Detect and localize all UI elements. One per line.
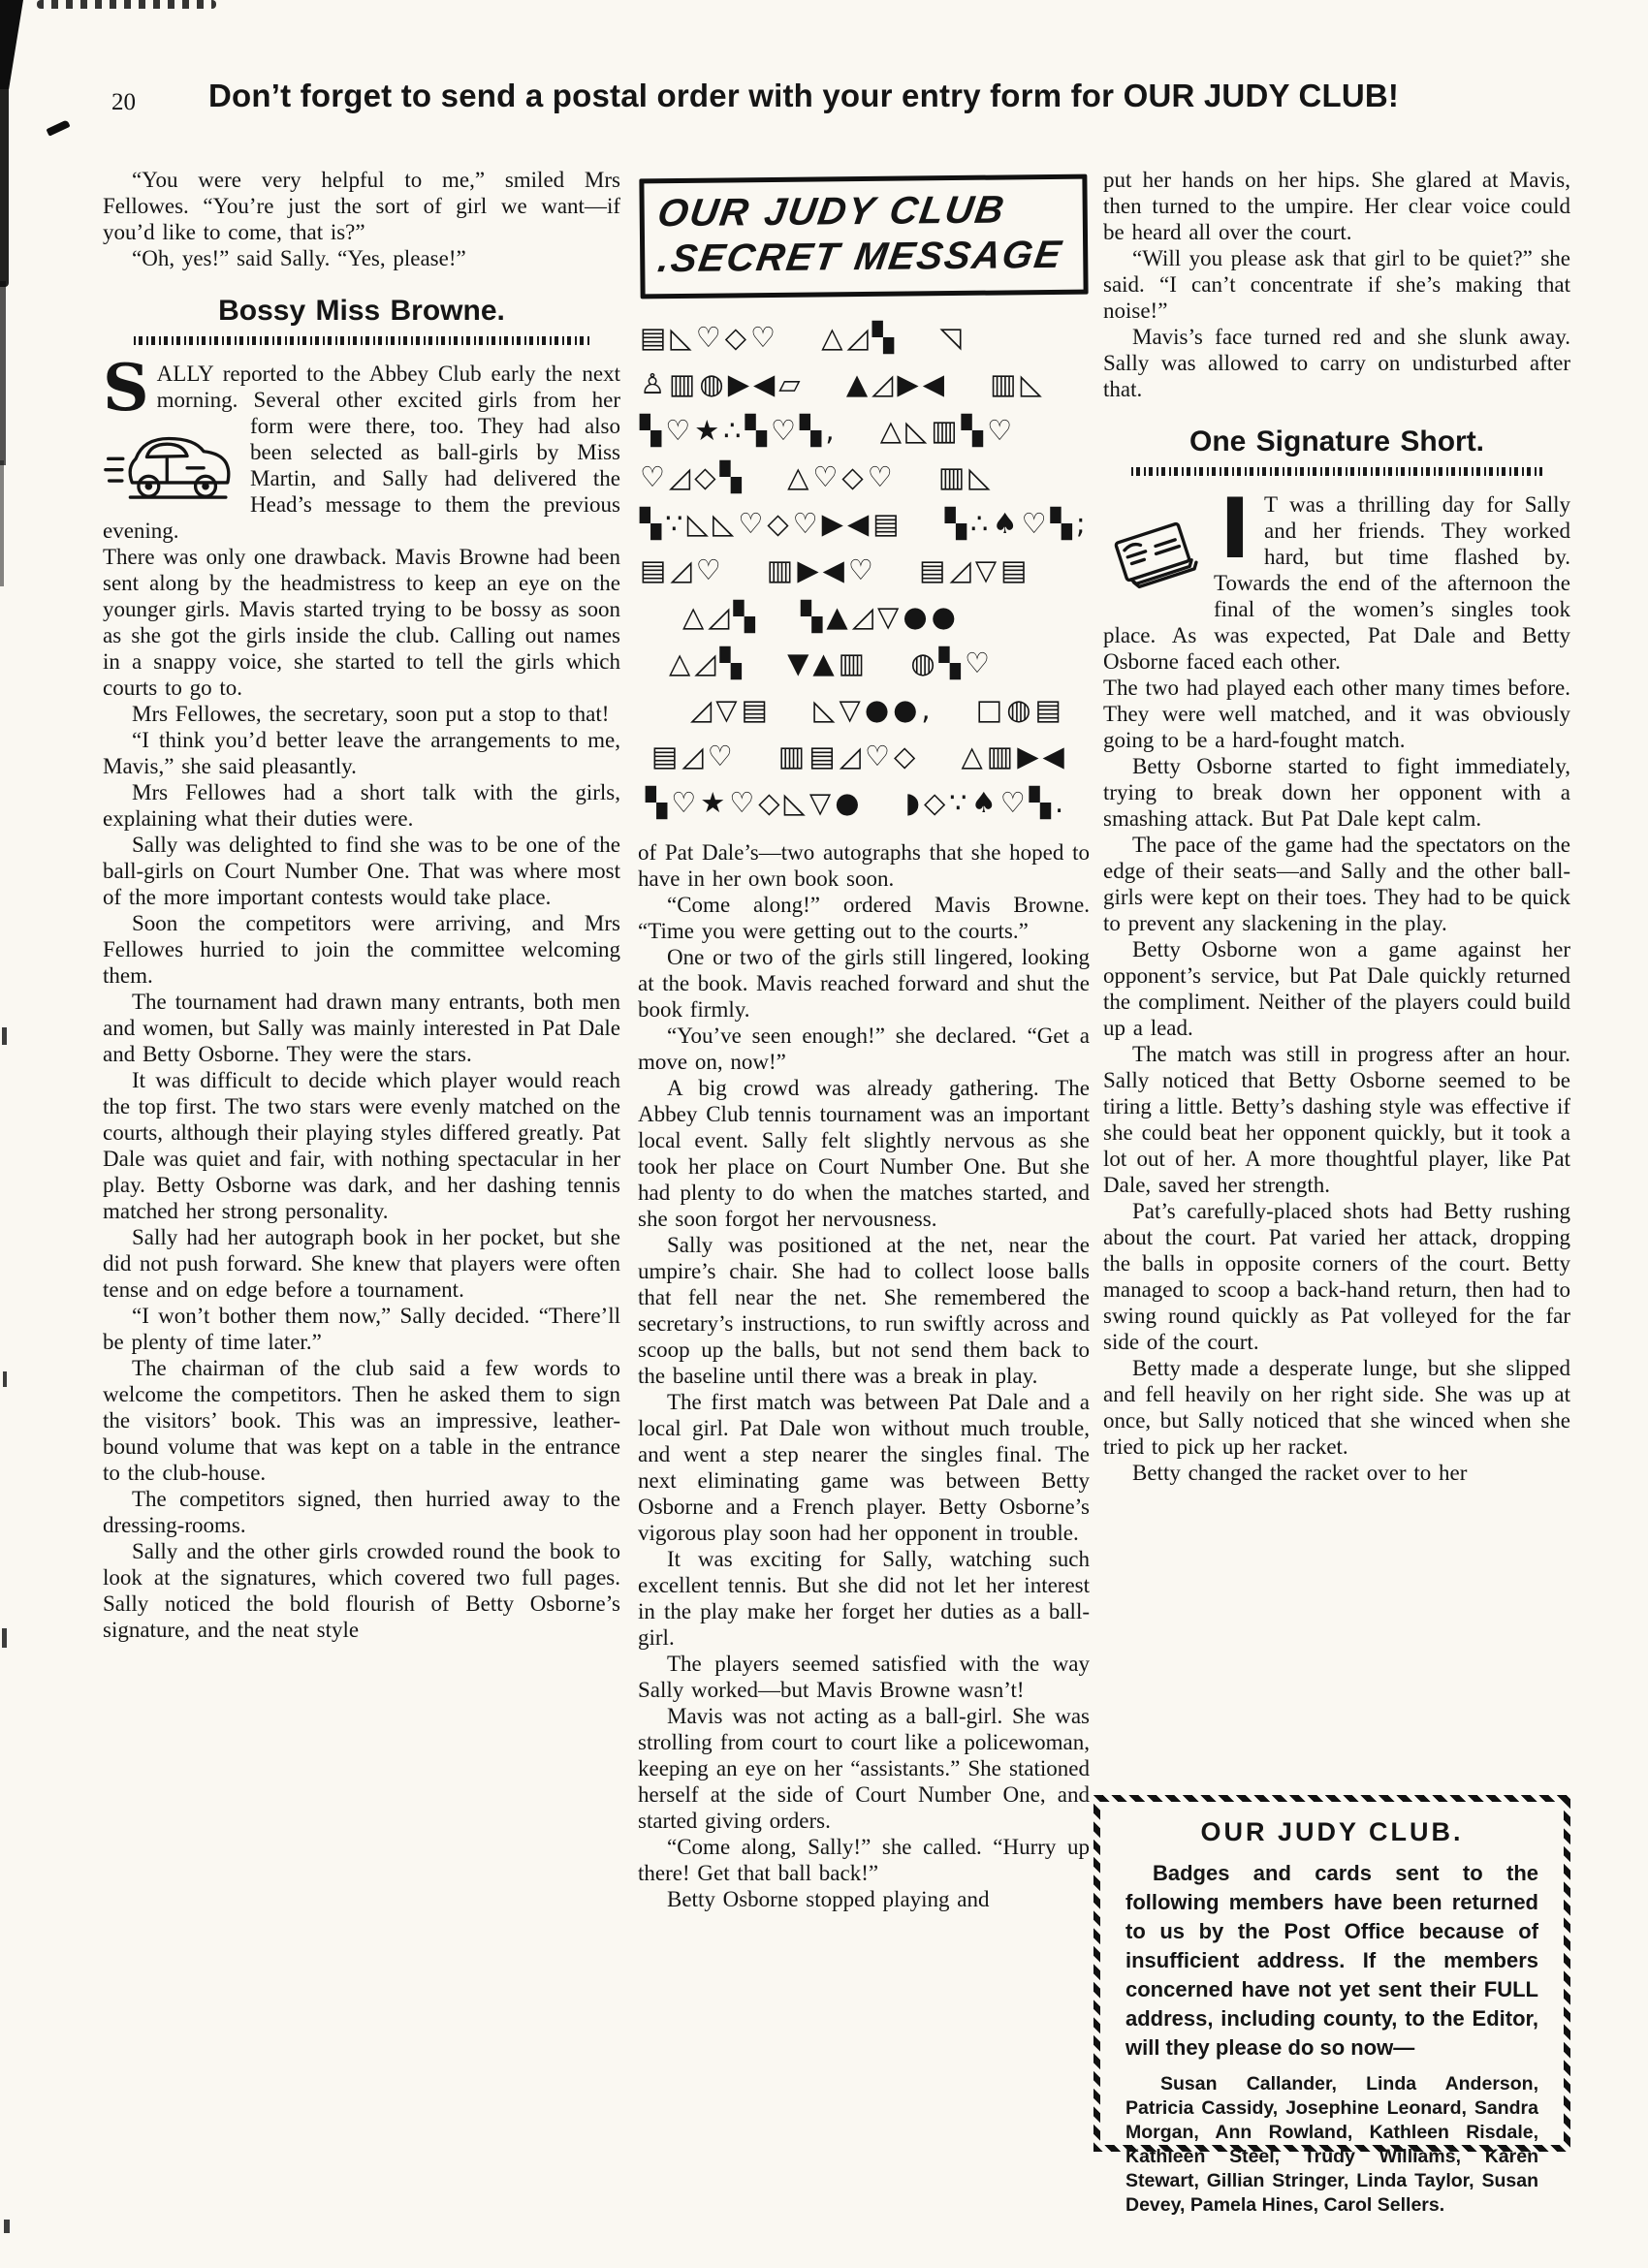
cipher-row: ▚♡★∴▚♡▚, △◺▥▚♡ bbox=[640, 407, 1090, 454]
car-illustration bbox=[103, 421, 240, 508]
paragraph: The competitors signed, then hurried awa… bbox=[103, 1486, 620, 1538]
scan-artifact-mark bbox=[4, 2220, 10, 2233]
paragraph: There was only one drawback. Mavis Brown… bbox=[103, 544, 620, 701]
cipher-row: ▚∵◺◺♡◇♡▶◀▤ ▚∴♠♡▚; bbox=[640, 500, 1090, 547]
paragraph-with-dropcap: I T was a thrilling day for Sally and he… bbox=[1103, 491, 1570, 675]
paragraph: Mrs Fellowes, the secretary, soon put a … bbox=[103, 701, 620, 727]
paragraph: Sally was delighted to find she was to b… bbox=[103, 832, 620, 910]
club-notice-title: OUR JUDY CLUB. bbox=[1125, 1817, 1538, 1847]
paragraph: The two had played each other many times… bbox=[1103, 675, 1570, 753]
cipher-message: ▤◺♡◇♡ △◿▚ ◹♙▥◍▶◀▱ ▲◿▶◀ ▥◺▚♡★∴▚♡▚, △◺▥▚♡♡… bbox=[640, 314, 1090, 826]
paragraph: Sally and the other girls crowded round … bbox=[103, 1538, 620, 1643]
right-column: put her hands on her hips. She glared at… bbox=[1103, 167, 1570, 1780]
left-paragraphs: There was only one drawback. Mavis Brown… bbox=[103, 544, 620, 1643]
paragraph: put her hands on her hips. She glared at… bbox=[1103, 167, 1570, 245]
paragraph: Betty changed the racket over to her bbox=[1103, 1460, 1570, 1486]
scan-artifact-mark bbox=[3, 1371, 7, 1387]
paragraph: The first match was between Pat Dale and… bbox=[638, 1389, 1090, 1546]
cipher-row: ▤◺♡◇♡ △◿▚ ◹ bbox=[640, 314, 1090, 361]
scan-artifact-edge bbox=[0, 0, 23, 89]
section-heading-bossy-miss-browne: Bossy Miss Browne. bbox=[103, 295, 620, 328]
cipher-row: ▚♡★♡◇◺▽● ◗◇∵♠♡▚. bbox=[640, 779, 1090, 826]
paragraph: Mavis was not acting as a ball-girl. She… bbox=[638, 1703, 1090, 1834]
paragraph: “I think you’d better leave the arrangem… bbox=[103, 727, 620, 779]
paragraph: Betty Osborne stopped playing and bbox=[638, 1886, 1090, 1912]
decorative-rule bbox=[134, 336, 589, 345]
paragraph-with-dropcap: S ALLY reported to the Abbey Club early … bbox=[103, 361, 620, 544]
paragraph: It was difficult to decide which player … bbox=[103, 1067, 620, 1224]
paragraph: One or two of the girls still lingered, … bbox=[638, 944, 1090, 1023]
cipher-row: ♡◿◇▚ △♡◇♡ ▥◺ bbox=[640, 454, 1090, 500]
paragraph: Betty made a desperate lunge, but she sl… bbox=[1103, 1355, 1570, 1460]
cipher-row: ▤◿♡ ▥▤◿♡◇ △▥▶◀ bbox=[640, 733, 1090, 779]
paragraph: Soon the competitors were arriving, and … bbox=[103, 910, 620, 989]
paragraph: “Will you please ask that girl to be qui… bbox=[1103, 245, 1570, 324]
page-header-banner: Don’t forget to send a postal order with… bbox=[208, 78, 1585, 114]
paragraph: Betty Osborne won a game against her opp… bbox=[1103, 936, 1570, 1041]
paragraph: Mrs Fellowes had a short talk with the g… bbox=[103, 779, 620, 832]
autograph-book-illustration bbox=[1103, 509, 1206, 604]
cipher-row: △◿▚ ▼▲▥ ◍▚♡ bbox=[640, 640, 1090, 686]
cipher-row: ◿▽▤ ◺▽●●, □◍▤ bbox=[640, 686, 1090, 733]
left-column: “You were very helpful to me,” smiled Mr… bbox=[103, 167, 620, 2115]
scan-artifact-mark bbox=[46, 119, 70, 136]
paragraph: “You’ve seen enough!” she declared. “Get… bbox=[638, 1023, 1090, 1075]
cipher-row: ♙▥◍▶◀▱ ▲◿▶◀ ▥◺ bbox=[640, 361, 1090, 407]
secret-message-box: OUR JUDY CLUB .SECRET MESSAGE bbox=[639, 174, 1088, 299]
left-intro-paragraphs: “You were very helpful to me,” smiled Mr… bbox=[103, 167, 620, 271]
scan-artifact-edge bbox=[0, 460, 4, 586]
paragraph: “Come along, Sally!” she called. “Hurry … bbox=[638, 1834, 1090, 1886]
paragraph: Sally had her autograph book in her pock… bbox=[103, 1224, 620, 1303]
paragraph: of Pat Dale’s—two autographs that she ho… bbox=[638, 839, 1090, 892]
paragraph: The tournament had drawn many entrants, … bbox=[103, 989, 620, 1067]
scan-artifact-edge bbox=[0, 281, 6, 465]
paragraph: The pace of the game had the spectators … bbox=[1103, 832, 1570, 936]
paragraph: “I won’t bother them now,” Sally decided… bbox=[103, 1303, 620, 1355]
decorative-rule bbox=[1131, 467, 1542, 476]
page-number: 20 bbox=[111, 89, 136, 116]
secret-message-title-line2: .SECRET MESSAGE bbox=[655, 233, 1073, 283]
secret-message-title-line1: OUR JUDY CLUB bbox=[654, 187, 1072, 237]
scan-artifact-edge bbox=[0, 83, 9, 287]
middle-column: OUR JUDY CLUB .SECRET MESSAGE ▤◺♡◇♡ △◿▚ … bbox=[638, 173, 1090, 2189]
club-notice-box: OUR JUDY CLUB. Badges and cards sent to … bbox=[1093, 1795, 1570, 2152]
scan-artifact-mark bbox=[2, 1027, 7, 1045]
drop-cap: I bbox=[1220, 495, 1251, 563]
paragraph: A big crowd was already gathering. The A… bbox=[638, 1075, 1090, 1232]
paragraph: “Oh, yes!” said Sally. “Yes, please!” bbox=[103, 245, 620, 271]
paragraph: The match was still in progress after an… bbox=[1103, 1041, 1570, 1198]
scan-artifact-mark bbox=[2, 1628, 7, 1648]
cipher-row: ▤◿♡ ▥▶◀♡ ▤◿▽▤ bbox=[640, 547, 1090, 593]
club-member-names: Susan Callander, Linda Anderson, Patrici… bbox=[1125, 2072, 1538, 2218]
club-notice-body: Badges and cards sent to the following m… bbox=[1125, 1859, 1538, 2063]
paragraph: The players seemed satisfied with the wa… bbox=[638, 1651, 1090, 1703]
middle-paragraphs: of Pat Dale’s—two autographs that she ho… bbox=[638, 839, 1090, 1912]
section-heading-one-signature-short: One Signature Short. bbox=[1103, 425, 1570, 458]
right-paragraphs: The two had played each other many times… bbox=[1103, 675, 1570, 1486]
drop-cap: S bbox=[103, 362, 149, 413]
cipher-row: △◿▚ ▚▲◿▽●● bbox=[640, 593, 1090, 640]
paragraph: Mavis’s face turned red and she slunk aw… bbox=[1103, 324, 1570, 402]
paragraph: Pat’s carefully-placed shots had Betty r… bbox=[1103, 1198, 1570, 1355]
paragraph: “You were very helpful to me,” smiled Mr… bbox=[103, 167, 620, 245]
scan-artifact-dots bbox=[37, 0, 216, 9]
paragraph: “Come along!” ordered Mavis Browne. “Tim… bbox=[638, 892, 1090, 944]
paragraph: Betty Osborne started to fight immediate… bbox=[1103, 753, 1570, 832]
paragraph: It was exciting for Sally, watching such… bbox=[638, 1546, 1090, 1651]
paragraph: Sally was positioned at the net, near th… bbox=[638, 1232, 1090, 1389]
right-intro-paragraphs: put her hands on her hips. She glared at… bbox=[1103, 167, 1570, 402]
paragraph: The chairman of the club said a few word… bbox=[103, 1355, 620, 1486]
